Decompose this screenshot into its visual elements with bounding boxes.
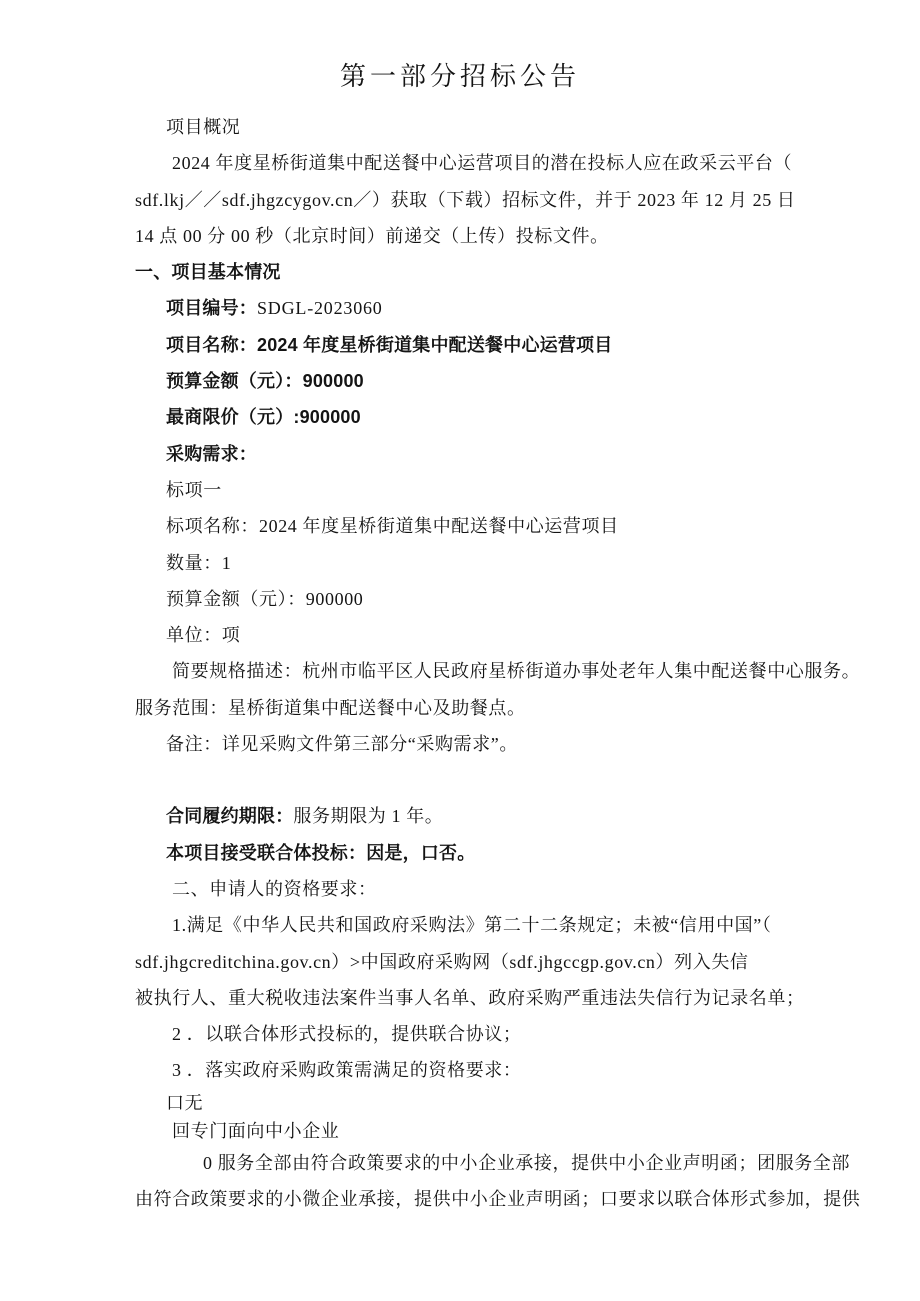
overview-paragraph-line-3: 14 点 00 分 00 秒（北京时间）前递交（上传）投标文件。 (135, 218, 920, 254)
requirement-1-line-2: sdf.jhgcreditchina.gov.cn）>中国政府采购网（sdf.j… (135, 944, 920, 980)
project-number-row: 项目编号：SDGL-2023060 (135, 290, 920, 326)
requirement-1-line-3: 被执行人、重大税收违法案件当事人名单、政府采购严重违法失信行为记录名单； (135, 980, 920, 1016)
budget-value: 900000 (303, 371, 364, 391)
project-name-row: 项目名称：2024 年度星桥街道集中配送餐中心运营项目 (135, 327, 920, 363)
document-page: 第一部分招标公告 项目概况 2024 年度星桥街道集中配送餐中心运营项目的潜在投… (0, 0, 920, 1301)
overview-paragraph-line-1: 2024 年度星桥街道集中配送餐中心运营项目的潜在投标人应在政采云平台（ (135, 145, 920, 181)
quantity-line: 数量：1 (135, 545, 920, 581)
overview-heading: 项目概况 (135, 109, 920, 145)
sme-policy-line-1: 0 服务全部由符合政策要求的中小企业承接，提供中小企业声明函；团服务全部 (135, 1145, 920, 1181)
contract-period-label: 合同履约期限： (166, 806, 293, 826)
contract-period-row: 合同履约期限：服务期限为 1 年。 (135, 798, 920, 834)
project-number-value: SDGL-2023060 (257, 298, 383, 318)
blank-spacer (0, 762, 920, 798)
sme-policy-line-2: 由符合政策要求的小微企业承接，提供中小企业声明函；口要求以联合体形式参加，提供 (135, 1181, 920, 1217)
requirement-1-line-1: 1.满足《中华人民共和国政府采购法》第二十二条规定；未被“信用中国”（ (135, 907, 920, 943)
section-2-heading: 二、申请人的资格要求： (135, 871, 920, 907)
spec-description-line-2: 服务范围：星桥街道集中配送餐中心及助餐点。 (135, 690, 920, 726)
joint-bid-line: 本项目接受联合体投标：因是，口否。 (135, 835, 920, 871)
budget-row: 预算金额（元）：900000 (135, 363, 920, 399)
max-price-row: 最商限价（元）:900000 (135, 399, 920, 435)
bid-item-name-line: 标项名称：2024 年度星桥街道集中配送餐中心运营项目 (135, 508, 920, 544)
procurement-demand-heading: 采购需求： (135, 436, 920, 472)
project-name-label: 项目名称： (166, 335, 257, 355)
budget-label: 预算金额（元）： (166, 371, 303, 391)
item-budget-line: 预算金额（元）：900000 (135, 581, 920, 617)
max-price-value: 900000 (300, 407, 361, 427)
overview-paragraph-line-2: sdf.lkj／／sdf.jhgzcygov.cn／）获取（下载）招标文件，并于… (135, 182, 920, 218)
requirement-2-line: 2 ．以联合体形式投标的，提供联合协议； (135, 1016, 920, 1052)
spec-description-line-1: 简要规格描述：杭州市临平区人民政府星桥街道办事处老年人集中配送餐中心服务。 (135, 653, 920, 689)
unit-line: 单位：项 (135, 617, 920, 653)
option-sme-only-line: 回专门面向中小企业 (135, 1117, 920, 1145)
section-1-heading: 一、项目基本情况 (135, 254, 920, 290)
contract-period-value: 服务期限为 1 年。 (293, 806, 443, 826)
project-number-label: 项目编号： (166, 298, 257, 318)
option-none-line: 口无 (135, 1089, 920, 1117)
max-price-label: 最商限价（元）: (166, 407, 300, 427)
note-line: 备注：详见采购文件第三部分“采购需求”。 (135, 726, 920, 762)
project-name-value: 2024 年度星桥街道集中配送餐中心运营项目 (257, 335, 612, 355)
bid-item-line: 标项一 (135, 472, 920, 508)
requirement-3-line: 3 ．落实政府采购政策需满足的资格要求： (135, 1052, 920, 1088)
document-title: 第一部分招标公告 (0, 52, 920, 102)
